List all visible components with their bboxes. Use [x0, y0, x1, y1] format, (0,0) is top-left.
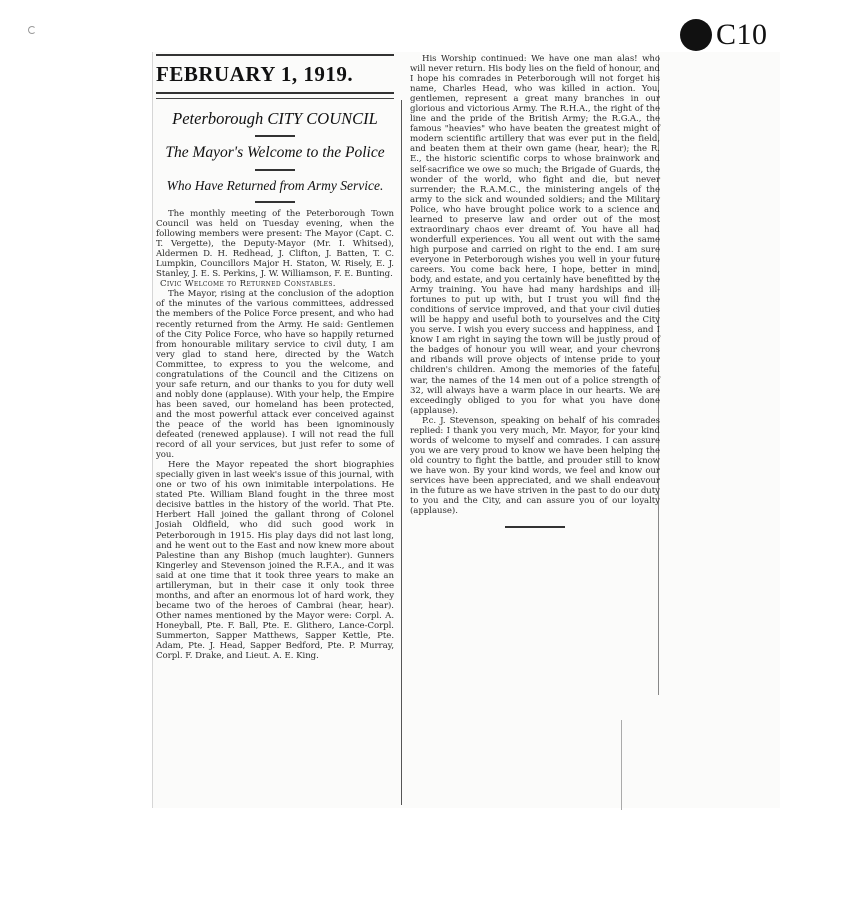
section-heading: Civic Welcome to Returned Constables. [156, 279, 394, 289]
article-body-left: The monthly meeting of the Peterborough … [156, 209, 394, 661]
headline: Peterborough CITY COUNCIL [156, 109, 394, 129]
column-divider [401, 100, 402, 805]
right-column: His Worship continued: We have one man a… [410, 54, 660, 694]
lower-border-rule [621, 720, 622, 810]
article-body-right: His Worship continued: We have one man a… [410, 54, 660, 516]
subheadline: The Mayor's Welcome to the Police [162, 143, 388, 163]
headline-rule [255, 135, 295, 137]
reference-code: C10 [716, 18, 768, 52]
end-rule [505, 526, 565, 528]
paragraph: Here the Mayor repeated the short biogra… [156, 460, 394, 661]
paragraph: His Worship continued: We have one man a… [410, 54, 660, 416]
paragraph: The monthly meeting of the Peterborough … [156, 209, 394, 279]
subheadline-rule [255, 169, 295, 171]
masthead-rule [156, 98, 394, 99]
paragraph: P.c. J. Stevenson, speaking on behalf of… [410, 416, 660, 516]
left-column: FEBRUARY 1, 1919. Peterborough CITY COUN… [156, 54, 394, 804]
paragraph: The Mayor, rising at the conclusion of t… [156, 289, 394, 460]
date-line: FEBRUARY 1, 1919. [156, 62, 394, 87]
masthead: FEBRUARY 1, 1919. [156, 54, 394, 94]
archive-reference: C10 [680, 18, 768, 52]
scan-speck [28, 26, 36, 34]
filled-circle-icon [680, 19, 712, 51]
subheadline-secondary: Who Have Returned from Army Service. [158, 177, 392, 195]
clipping-edge [152, 52, 153, 808]
deck-rule [255, 201, 295, 203]
